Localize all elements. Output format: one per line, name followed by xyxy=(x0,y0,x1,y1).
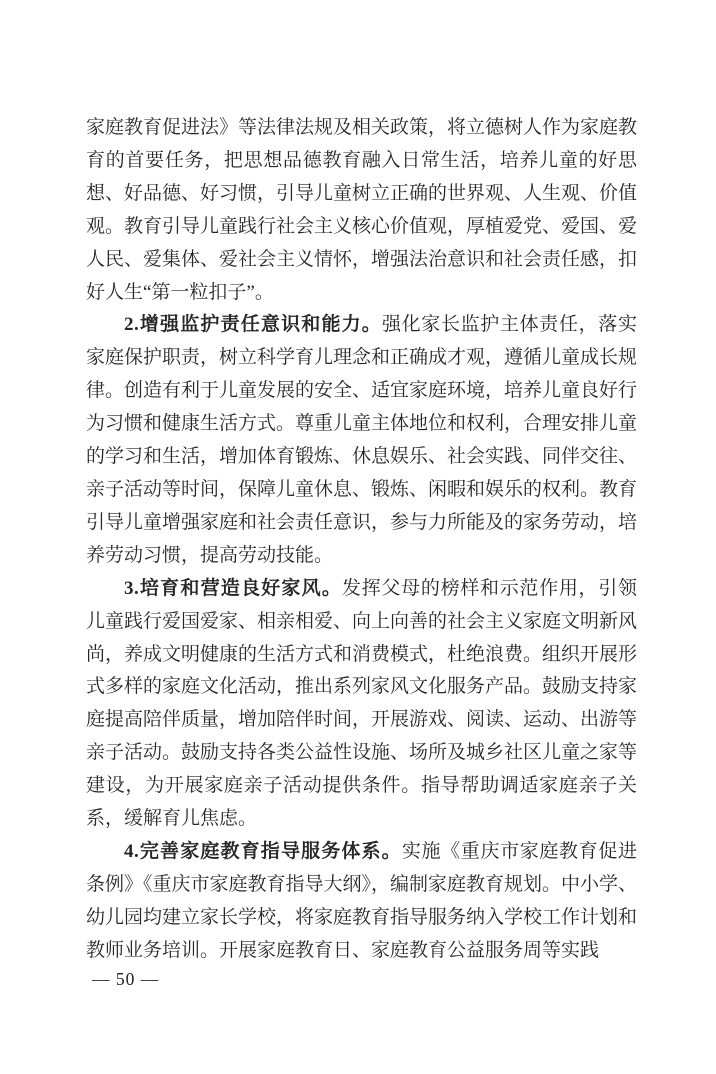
paragraph-item-2: 2.增强监护责任意识和能力。强化家长监护主体责任，落实家庭保护职责，树立科学育儿… xyxy=(86,309,637,572)
paragraph-item-3: 3.培育和营造良好家风。发挥父母的榜样和示范作用，引领儿童践行爱国爱家、相亲相爱… xyxy=(86,573,637,836)
paragraph-body: 强化家长监护主体责任，落实家庭保护职责，树立科学育儿理念和正确成才观，遵循儿童成… xyxy=(86,314,637,565)
paragraph-body: 发挥父母的榜样和示范作用，引领儿童践行爱国爱家、相亲相爱、向上向善的社会主义家庭… xyxy=(86,578,637,829)
paragraph-heading: 4.完善家庭教育指导服务体系。 xyxy=(124,841,402,862)
paragraph-item-4: 4.完善家庭教育指导服务体系。实施《重庆市家庭教育促进条例》《重庆市家庭教育指导… xyxy=(86,836,637,968)
paragraph-heading: 2.增强监护责任意识和能力。 xyxy=(124,314,382,335)
document-page: 家庭教育促进法》等法律法规及相关政策，将立德树人作为家庭教育的首要任务，把思想品… xyxy=(0,0,716,1074)
document-body-text: 家庭教育促进法》等法律法规及相关政策，将立德树人作为家庭教育的首要任务，把思想品… xyxy=(86,112,637,968)
paragraph-continuation: 家庭教育促进法》等法律法规及相关政策，将立德树人作为家庭教育的首要任务，把思想品… xyxy=(86,112,637,309)
paragraph-heading: 3.培育和营造良好家风。 xyxy=(124,578,342,599)
paragraph-body: 家庭教育促进法》等法律法规及相关政策，将立德树人作为家庭教育的首要任务，把思想品… xyxy=(86,117,637,303)
page-number: — 50 — xyxy=(92,968,159,990)
